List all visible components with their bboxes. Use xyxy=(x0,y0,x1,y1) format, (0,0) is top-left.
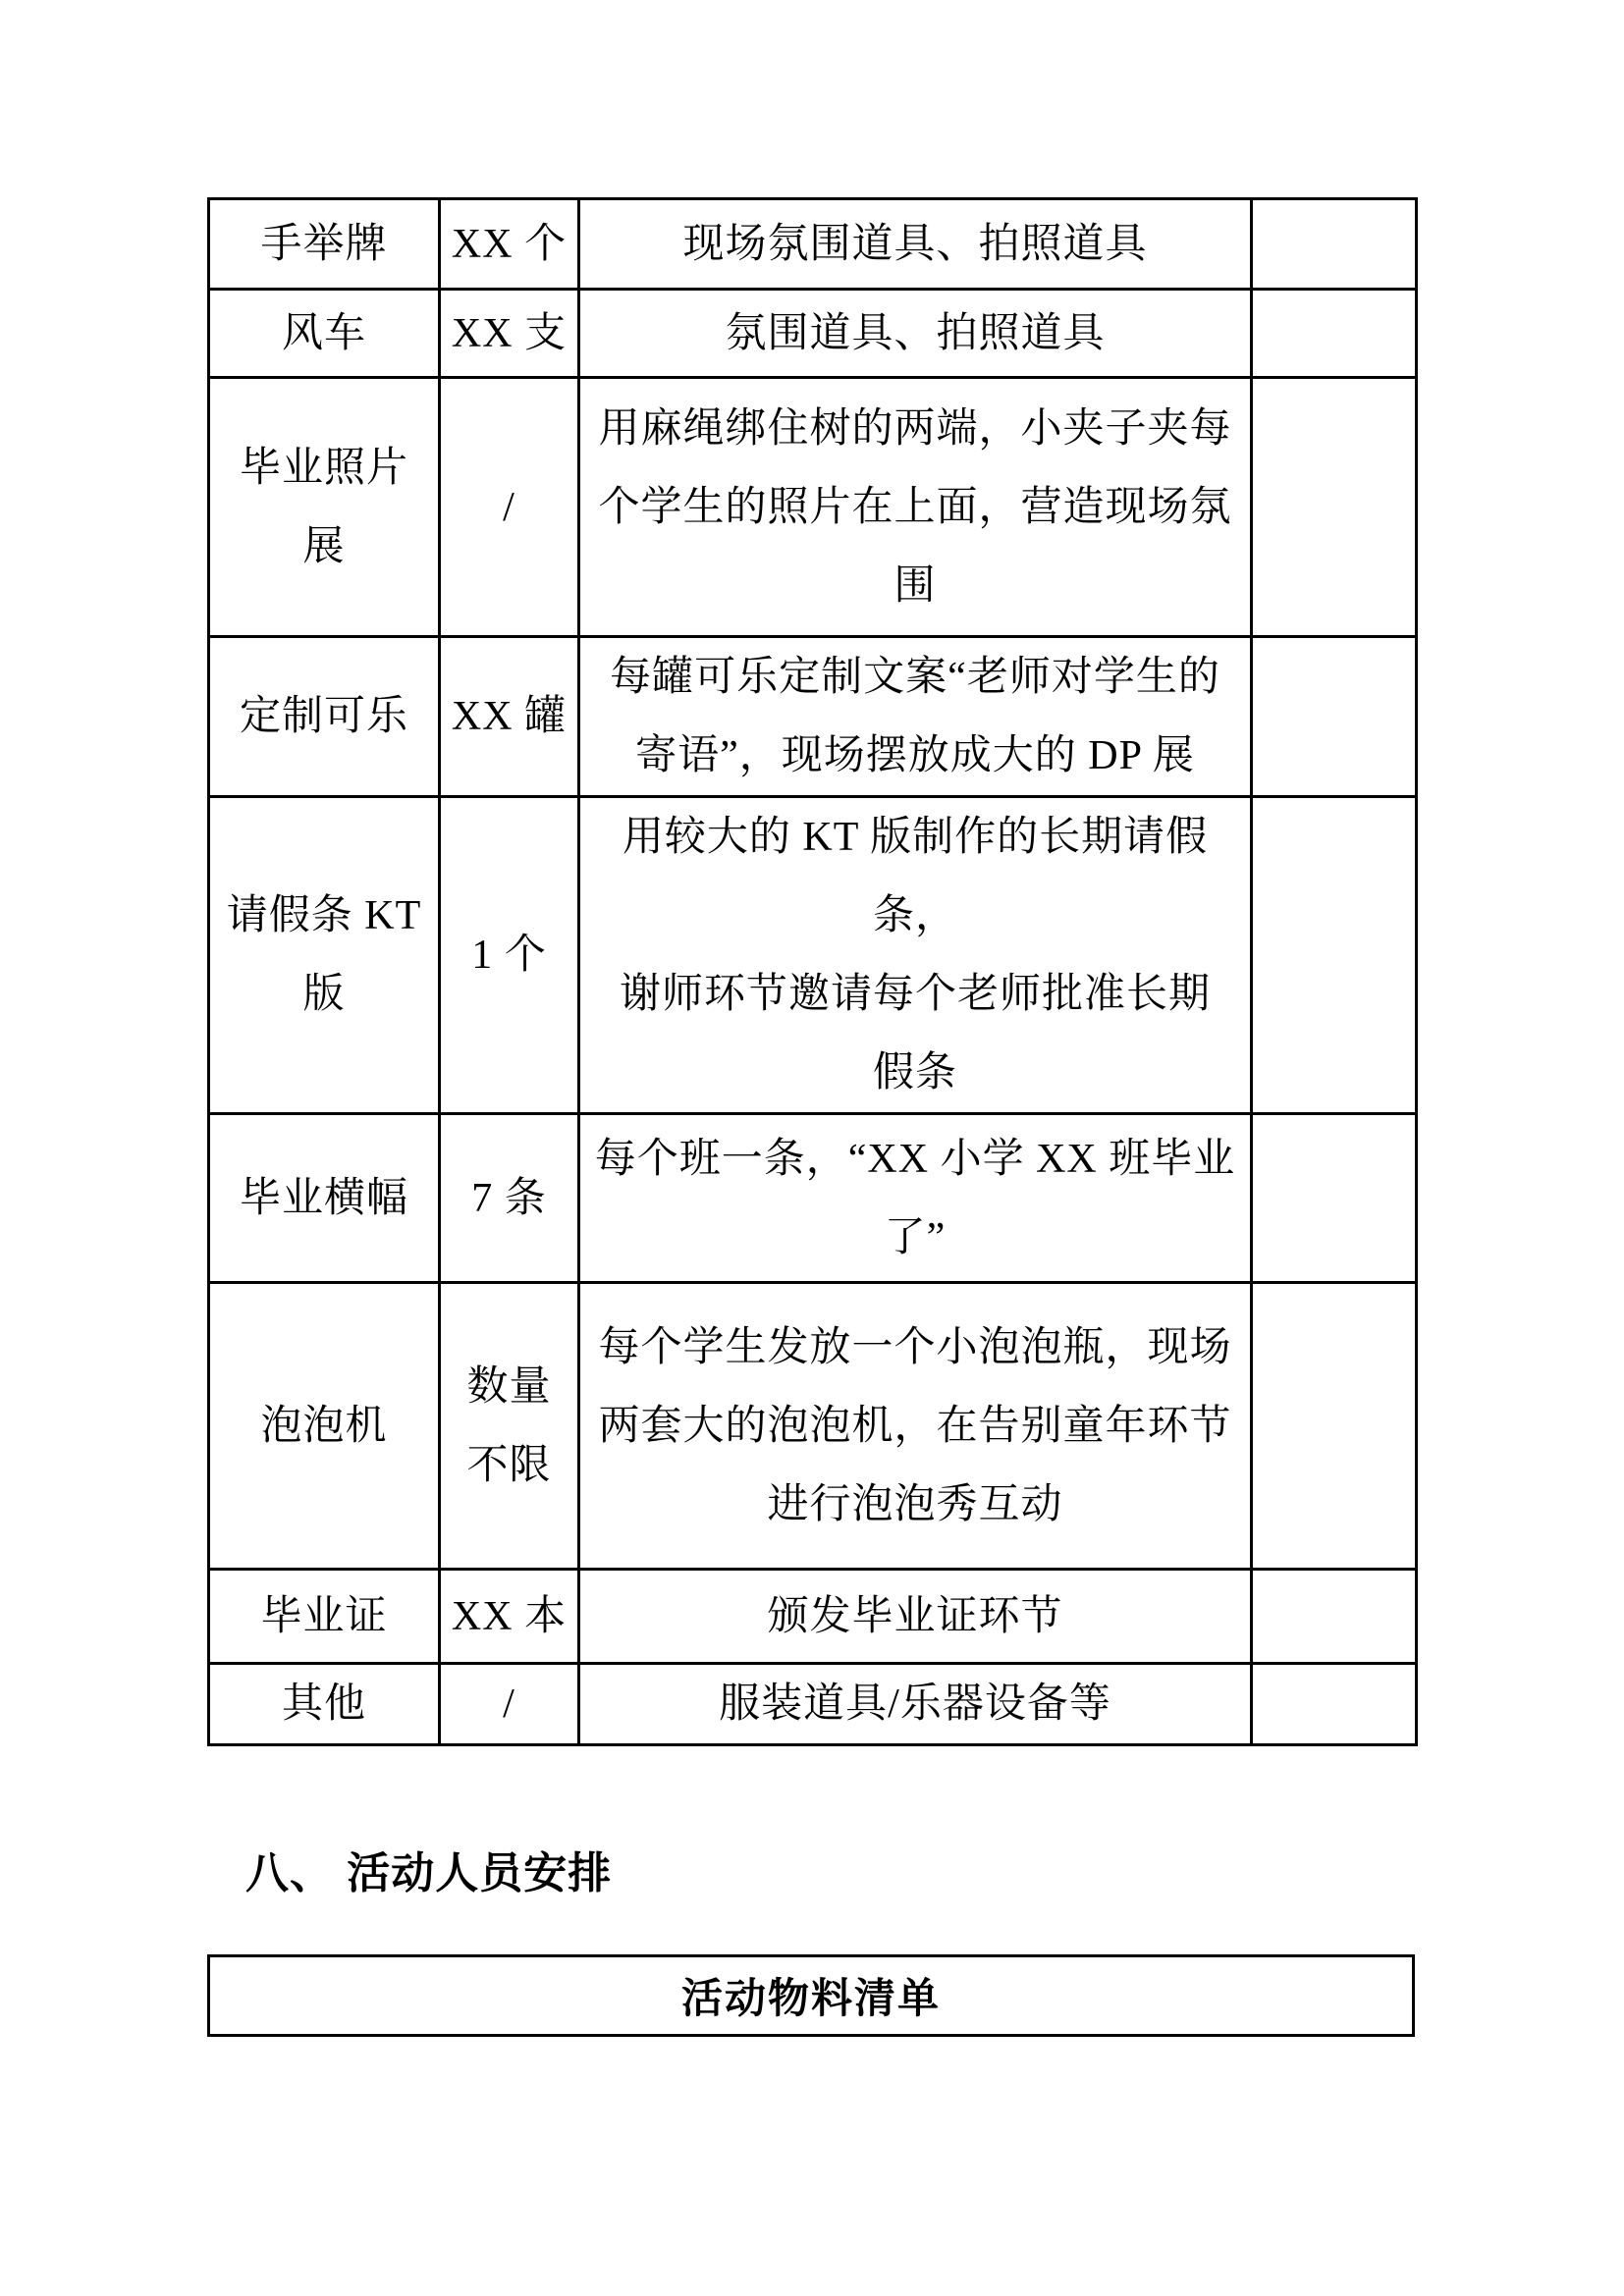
section-heading: 八、 活动人员安排 xyxy=(245,1838,612,1900)
note-cell xyxy=(1252,1664,1417,1745)
quantity-cell: XX 个 xyxy=(440,199,579,290)
item-cell: 毕业横幅 xyxy=(209,1114,440,1283)
document-page: 手举牌 XX 个 现场氛围道具、拍照道具 风车 XX 支 氛围道具、拍照道具 毕… xyxy=(0,0,1624,2296)
item-cell: 其他 xyxy=(209,1664,440,1745)
note-cell xyxy=(1252,1283,1417,1570)
description-cell: 每个学生发放一个小泡泡瓶，现场 两套大的泡泡机，在告别童年环节 进行泡泡秀互动 xyxy=(579,1283,1252,1570)
description-cell: 现场氛围道具、拍照道具 xyxy=(579,199,1252,290)
item-cell: 毕业照片 展 xyxy=(209,378,440,637)
note-cell xyxy=(1252,1570,1417,1664)
description-cell: 每罐可乐定制文案“老师对学生的 寄语”，现场摆放成大的 DP 展 xyxy=(579,637,1252,797)
table-row: 风车 XX 支 氛围道具、拍照道具 xyxy=(209,290,1417,378)
description-cell: 氛围道具、拍照道具 xyxy=(579,290,1252,378)
description-cell: 用麻绳绑住树的两端，小夹子夹每 个学生的照片在上面，营造现场氛 围 xyxy=(579,378,1252,637)
table-row: 泡泡机 数量 不限 每个学生发放一个小泡泡瓶，现场 两套大的泡泡机，在告别童年环… xyxy=(209,1283,1417,1570)
note-cell xyxy=(1252,1114,1417,1283)
table-row: 毕业横幅 7 条 每个班一条，“XX 小学 XX 班毕业 了” xyxy=(209,1114,1417,1283)
quantity-cell: / xyxy=(440,378,579,637)
note-cell xyxy=(1252,290,1417,378)
table-row: 定制可乐 XX 罐 每罐可乐定制文案“老师对学生的 寄语”，现场摆放成大的 DP… xyxy=(209,637,1417,797)
note-cell xyxy=(1252,797,1417,1114)
note-cell xyxy=(1252,378,1417,637)
description-cell: 每个班一条，“XX 小学 XX 班毕业 了” xyxy=(579,1114,1252,1283)
item-cell: 手举牌 xyxy=(209,199,440,290)
staff-table: 活动物料清单 xyxy=(207,1954,1415,2037)
table-row: 其他 / 服装道具/乐器设备等 xyxy=(209,1664,1417,1745)
table-row: 毕业证 XX 本 颁发毕业证环节 xyxy=(209,1570,1417,1664)
description-cell: 服装道具/乐器设备等 xyxy=(579,1664,1252,1745)
item-cell: 定制可乐 xyxy=(209,637,440,797)
staff-table-header-cell: 活动物料清单 xyxy=(209,1956,1414,2036)
note-cell xyxy=(1252,637,1417,797)
table-row: 手举牌 XX 个 现场氛围道具、拍照道具 xyxy=(209,199,1417,290)
quantity-cell: / xyxy=(440,1664,579,1745)
materials-table: 手举牌 XX 个 现场氛围道具、拍照道具 风车 XX 支 氛围道具、拍照道具 毕… xyxy=(207,197,1418,1746)
item-cell: 毕业证 xyxy=(209,1570,440,1664)
item-cell: 风车 xyxy=(209,290,440,378)
quantity-cell: 7 条 xyxy=(440,1114,579,1283)
table-row: 请假条 KT 版 1 个 用较大的 KT 版制作的长期请假条， 谢师环节邀请每个… xyxy=(209,797,1417,1114)
quantity-cell: XX 支 xyxy=(440,290,579,378)
quantity-cell: XX 罐 xyxy=(440,637,579,797)
quantity-cell: XX 本 xyxy=(440,1570,579,1664)
quantity-cell: 1 个 xyxy=(440,797,579,1114)
description-cell: 颁发毕业证环节 xyxy=(579,1570,1252,1664)
item-cell: 请假条 KT 版 xyxy=(209,797,440,1114)
quantity-cell: 数量 不限 xyxy=(440,1283,579,1570)
table-row: 活动物料清单 xyxy=(209,1956,1414,2036)
description-cell: 用较大的 KT 版制作的长期请假条， 谢师环节邀请每个老师批准长期 假条 xyxy=(579,797,1252,1114)
item-cell: 泡泡机 xyxy=(209,1283,440,1570)
note-cell xyxy=(1252,199,1417,290)
table-row: 毕业照片 展 / 用麻绳绑住树的两端，小夹子夹每 个学生的照片在上面，营造现场氛… xyxy=(209,378,1417,637)
